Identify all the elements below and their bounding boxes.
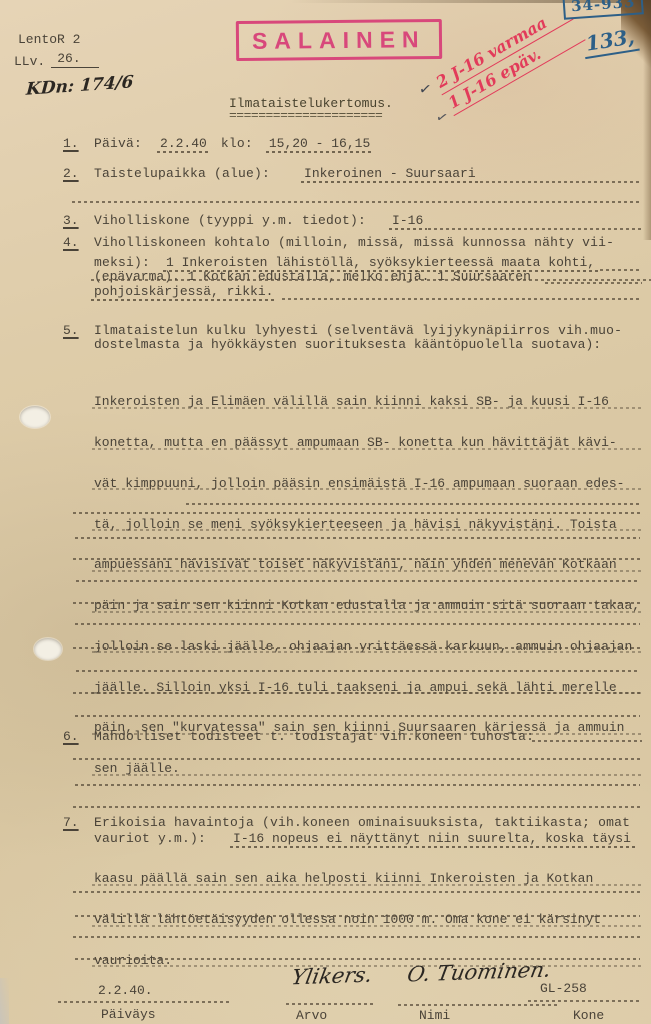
dotted-line (73, 558, 640, 560)
checkmark-icon: ✓ (434, 109, 449, 127)
dotted-line (75, 537, 640, 539)
dotted-line (76, 580, 640, 582)
field-label-line2: dostelmasta ja hyökkäysten suorituksesta… (94, 338, 601, 352)
dotted-line (76, 670, 640, 672)
narrative-line: ampuessani hävisivät toiset näkyvistäni,… (94, 558, 650, 572)
dotted-line (58, 1001, 232, 1003)
dotted-line (428, 228, 642, 230)
field-enemy-aircraft: 3.Viholliskone (tyyppi y.m. tiedot):I-16 (63, 214, 423, 228)
dotted-line (532, 740, 642, 742)
field-number: 1. (63, 137, 94, 151)
observations-answer-line1: I-16 nopeus ei näyttänyt niin suurelta, … (233, 831, 631, 846)
scan-edge-right (643, 0, 651, 240)
dotted-line (75, 715, 640, 717)
field-label-line2: meksi): (94, 255, 150, 270)
dotted-line (73, 602, 640, 604)
narrative-line: Inkeroisten ja Elimäen välillä sain kiin… (94, 395, 650, 409)
field-witnesses: 6.Mahdolliset todisteet t. todistajat vi… (63, 730, 534, 744)
time-value: 15,20 - 16,15 (269, 136, 370, 151)
dotted-line (286, 1003, 374, 1005)
field-special-observations: 7.Erikoisia havaintoja (vih.koneen omina… (63, 816, 630, 830)
squadron-label: LLv. (14, 54, 45, 69)
field-label: Viholliskone (tyyppi y.m. tiedot): (94, 213, 366, 228)
dotted-line (398, 1004, 558, 1006)
dotted-line (73, 936, 640, 938)
field-label-line2: vauriot y.m.): (94, 831, 206, 846)
label-date: Päiväys (101, 1007, 156, 1022)
date-value: 2.2.40 (160, 136, 207, 151)
field-label: Päivä: (94, 136, 142, 151)
field-battle-narrative: 5.Ilmataistelun kulku lyhyesti (selventä… (63, 324, 622, 338)
dotted-line (73, 891, 640, 893)
dotted-line (73, 692, 640, 694)
dotted-line (75, 915, 640, 917)
diary-number-handwritten: KDn: 174/6 (25, 72, 134, 100)
checkmark-icon: ✓ (418, 79, 433, 99)
dotted-line (73, 647, 640, 649)
signature-name-handwritten: O. Tuominen. (405, 958, 553, 987)
dotted-line (73, 512, 640, 514)
secret-stamp: SALAINEN (236, 19, 442, 61)
field-label-line1: Ilmataistelun kulku lyhyesti (selventävä… (94, 323, 622, 338)
field-label-line2-row: vauriot y.m.):I-16 nopeus ei näyttänyt n… (94, 832, 631, 846)
field-number: 6. (63, 730, 94, 744)
narrative-line: konetta, mutta en päässyt ampumaan SB- k… (94, 436, 650, 450)
dotted-line (73, 758, 640, 760)
dotted-line (72, 201, 642, 203)
field-number: 7. (63, 816, 94, 830)
narrative-line: tä, jolloin se meni syöksykierteeseen ja… (94, 518, 650, 532)
label-rank: Arvo (296, 1008, 327, 1023)
field-number: 4. (63, 236, 94, 250)
punch-hole-upper (20, 406, 50, 428)
field-label: Mahdolliset todisteet t. todistajat vih.… (94, 729, 534, 744)
dotted-line (75, 784, 640, 786)
dotted-line (75, 958, 640, 960)
label-name: Nimi (419, 1008, 450, 1023)
field-number: 5. (63, 324, 94, 338)
aircraft-type-value: I-16 (392, 213, 423, 228)
fate-answer-line3: pohjoiskärjessä, rikki. (94, 285, 273, 299)
signature-date: 2.2.40. (98, 983, 153, 998)
narrative-line: vät kimppuuni, jolloin pääsin ensimäistä… (94, 477, 650, 491)
fate-answer-line3-text: pohjoiskärjessä, rikki. (94, 284, 273, 299)
scan-corner-bottom-left (0, 978, 9, 1024)
signature-rank-handwritten: Ylikers. (290, 963, 375, 990)
location-value: Inkeroinen - Suursaari (304, 166, 476, 181)
field-number: 3. (63, 214, 94, 228)
field-battle-location: 2.Taistelupaikka (alue):Inkeroinen - Suu… (63, 167, 476, 181)
dotted-line (480, 181, 642, 183)
dotted-line (186, 503, 642, 505)
dotted-line (73, 806, 640, 808)
label-plane: Kone (573, 1008, 604, 1023)
field-date-time: 1.Päivä:2.2.40klo:15,20 - 16,15 (63, 137, 370, 151)
scanned-combat-report-page: LentoR 2 LLv.26. KDn: 174/6 SALAINEN 2 J… (0, 0, 651, 1024)
punch-hole-lower (34, 638, 62, 660)
squadron-line: LLv.26. (14, 55, 99, 71)
squadron-number: 26. (51, 52, 98, 68)
signature-plane-code: GL-258 (540, 981, 587, 996)
field-label-line1: Viholliskoneen kohtalo (milloin, missä, … (94, 235, 614, 250)
dotted-line (282, 298, 642, 300)
field-enemy-fate-line2: meksi):1 Inkeroisten lähistöllä, syöksyk… (94, 256, 595, 270)
fate-answer-line1: 1 Inkeroisten lähistöllä, syöksykiertees… (166, 255, 595, 270)
clock-label: klo: (221, 136, 253, 151)
title-underline: ===================== (229, 108, 382, 123)
observations-line: kaasu päällä sain sen aika helposti kiin… (94, 872, 650, 886)
field-label-line1: Erikoisia havaintoja (vih.koneen ominais… (94, 815, 630, 830)
dotted-line (75, 623, 640, 625)
field-label: Taistelupaikka (alue): (94, 166, 270, 181)
unit-designation: LentoR 2 (18, 33, 80, 47)
narrative-line: sen jäälle. (94, 762, 650, 776)
field-enemy-fate: 4.Viholliskoneen kohtalo (milloin, missä… (63, 236, 614, 250)
dotted-line (545, 282, 642, 284)
field-number: 2. (63, 167, 94, 181)
dotted-line (528, 1000, 642, 1002)
